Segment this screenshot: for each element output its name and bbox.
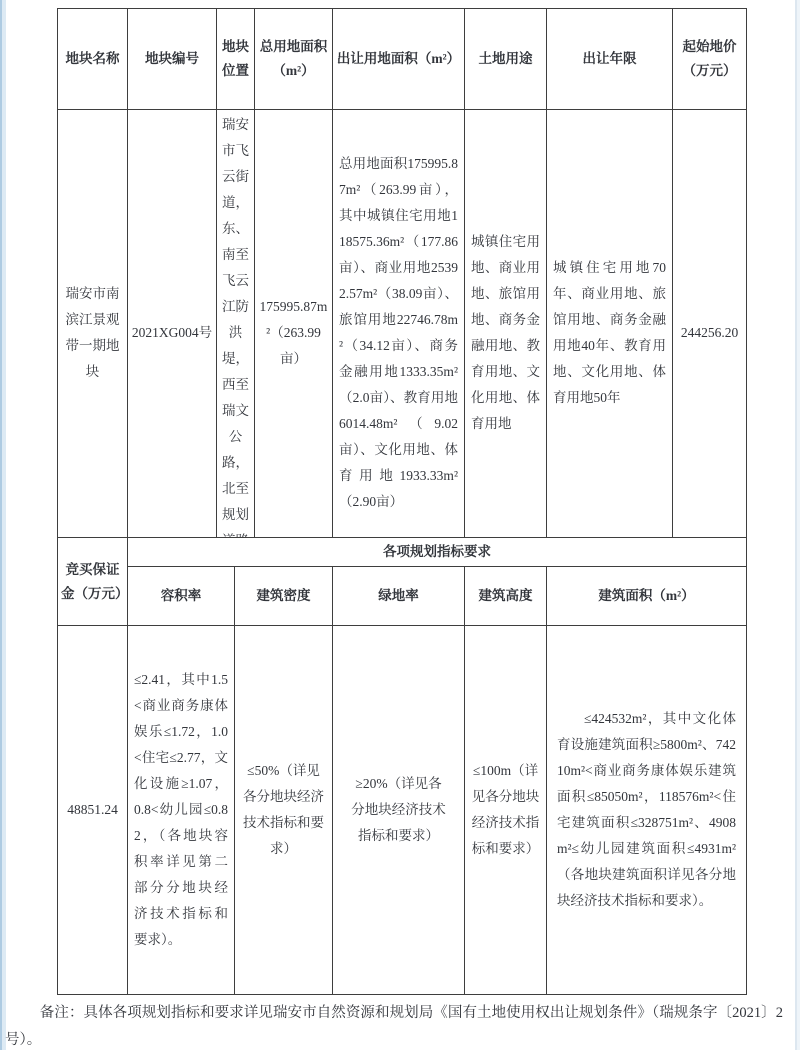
cell-green-rate: ≥20%（详见各分地块经济技术指标和要求） [333, 626, 465, 995]
cell-transfer-area: 总用地面积175995.87m²（263.99亩），其中城镇住宅用地118575… [333, 110, 465, 557]
cell-total-area: 175995.87m²（263.99亩） [255, 110, 333, 557]
col-header-building-area: 建筑面积（m²） [547, 567, 747, 626]
cell-plot-location: 瑞安市飞云街道，东、南至飞云江防洪堤，西至瑞文公路，北至规划道路 [217, 110, 255, 557]
cell-transfer-term: 城镇住宅用地70年、商业用地、旅馆用地、商务金融用地40年、教育用地、文化用地、… [547, 110, 673, 557]
cell-plot-code: 2021XG004号 [128, 110, 217, 557]
cell-plot-ratio: ≤2.41，其中1.5<商业商务康体娱乐≤1.72，1.0<住宅≤2.77，文化… [128, 626, 235, 995]
col-header-plot-code: 地块编号 [128, 9, 217, 110]
page-edge-left [0, 0, 7, 1050]
planning-section-header-row: 竞买保证金（万元） 各项规划指标要求 [58, 538, 747, 567]
cell-building-area: ≤424532m²，其中文化体育设施建筑面积≥5800m²、74210m²<商业… [547, 626, 747, 995]
col-header-start-price: 起始地价（万元） [673, 9, 747, 110]
page-edge-right [791, 0, 800, 1050]
col-header-plot-ratio: 容积率 [128, 567, 235, 626]
table-header-row: 地块名称 地块编号 地块位置 总用地面积（m²） 出让用地面积（m²） 土地用途… [58, 9, 747, 110]
cell-plot-name: 瑞安市南滨江景观带一期地块 [58, 110, 128, 557]
col-header-building-density: 建筑密度 [235, 567, 333, 626]
section-title-planning-requirements: 各项规划指标要求 [128, 538, 747, 567]
cell-building-density: ≤50%（详见各分地块经济技术指标和要求） [235, 626, 333, 995]
planning-subheader-row: 容积率 建筑密度 绿地率 建筑高度 建筑面积（m²） [58, 567, 747, 626]
land-parcel-table: 地块名称 地块编号 地块位置 总用地面积（m²） 出让用地面积（m²） 土地用途… [57, 8, 747, 557]
cell-deposit: 48851.24 [58, 626, 128, 995]
table-row: 48851.24 ≤2.41，其中1.5<商业商务康体娱乐≤1.72，1.0<住… [58, 626, 747, 995]
col-header-transfer-term: 出让年限 [547, 9, 673, 110]
col-header-building-height: 建筑高度 [465, 567, 547, 626]
col-header-transfer-area: 出让用地面积（m²） [333, 9, 465, 110]
cell-land-use: 城镇住宅用地、商业用地、旅馆用地、商务金融用地、教育用地、文化用地、体育用地 [465, 110, 547, 557]
col-header-plot-location: 地块位置 [217, 9, 255, 110]
col-header-green-rate: 绿地率 [333, 567, 465, 626]
col-header-total-area: 总用地面积（m²） [255, 9, 333, 110]
footnote: 备注：具体各项规划指标和要求详见瑞安市自然资源和规划局《国有土地使用权出让规划条… [5, 1000, 783, 1050]
cell-start-price: 244256.20 [673, 110, 747, 557]
table-row: 瑞安市南滨江景观带一期地块 2021XG004号 瑞安市飞云街道，东、南至飞云江… [58, 110, 747, 557]
cell-building-height: ≤100m（详见各分地块经济技术指标和要求） [465, 626, 547, 995]
col-header-land-use: 土地用途 [465, 9, 547, 110]
planning-indicators-table: 竞买保证金（万元） 各项规划指标要求 容积率 建筑密度 绿地率 建筑高度 建筑面… [57, 537, 747, 995]
col-header-plot-name: 地块名称 [58, 9, 128, 110]
col-header-deposit: 竞买保证金（万元） [58, 538, 128, 626]
